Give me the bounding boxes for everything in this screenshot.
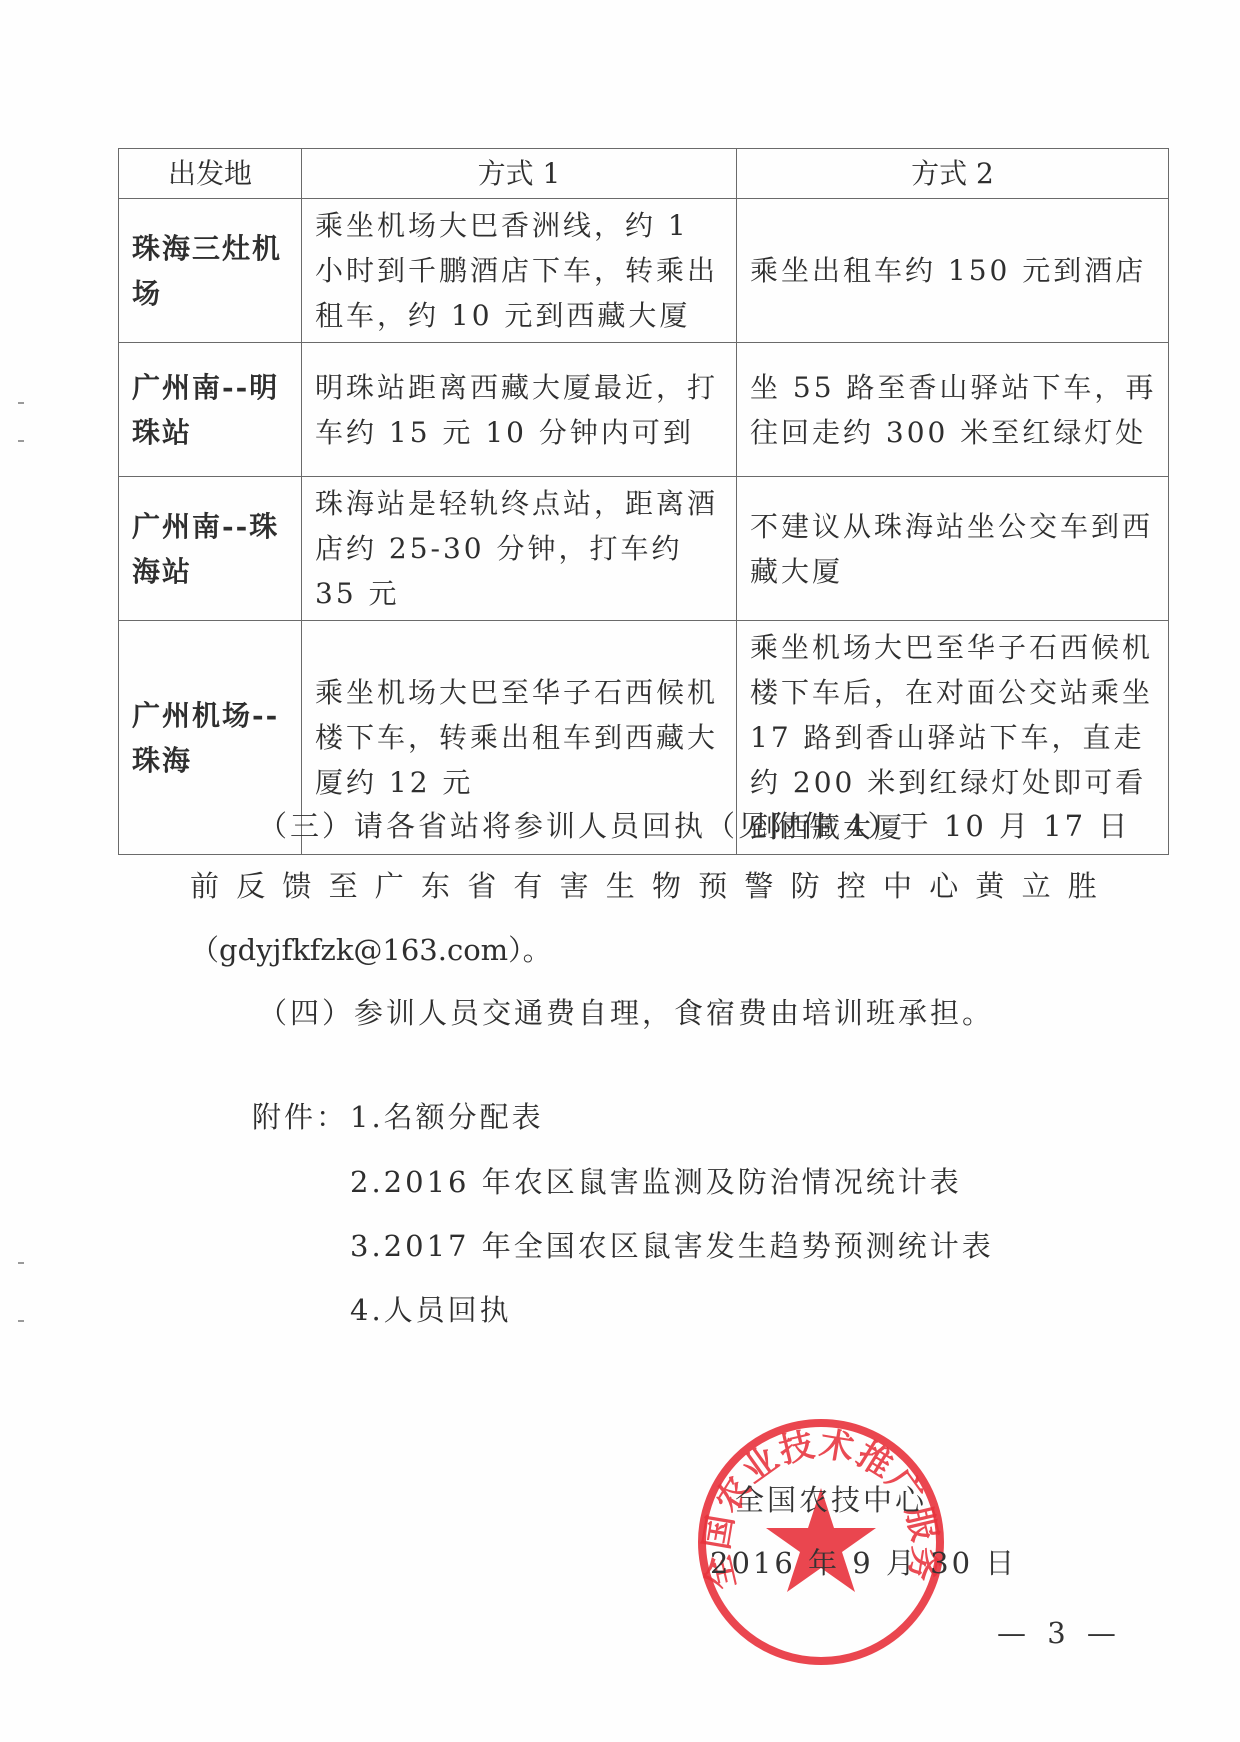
paragraph-item-4: （四）参训人员交通费自理，食宿费由培训班承担。 bbox=[258, 993, 994, 1033]
scan-mark bbox=[18, 1262, 24, 1264]
origin-cell: 广州南--明珠站 bbox=[119, 343, 302, 477]
official-seal-icon: 全国农业技术推广服务中心 bbox=[695, 1416, 947, 1668]
method-1-cell: 珠海站是轻轨终点站，距离酒店约 25-30 分钟，打车约 35 元 bbox=[302, 477, 737, 621]
table-header-row: 出发地 方式 1 方式 2 bbox=[119, 149, 1169, 199]
transport-route-table: 出发地 方式 1 方式 2 珠海三灶机场 乘坐机场大巴香洲线，约 1 小时到千鹏… bbox=[118, 148, 1169, 855]
attachments-label: 附件： bbox=[252, 1097, 348, 1137]
attachment-item: 3.2017 年全国农区鼠害发生趋势预测统计表 bbox=[350, 1226, 994, 1266]
header-method-1: 方式 1 bbox=[302, 149, 737, 199]
header-origin: 出发地 bbox=[119, 149, 302, 199]
signature-org: 全国农技中心 bbox=[735, 1480, 927, 1520]
attachment-item: 4.人员回执 bbox=[350, 1290, 512, 1330]
method-2-cell: 不建议从珠海站坐公交车到西藏大厦 bbox=[737, 477, 1169, 621]
page-number: — 3 — bbox=[997, 1613, 1122, 1653]
paragraph-item-3-email: （gdyjfkfzk@163.com）。 bbox=[190, 930, 552, 970]
origin-cell: 珠海三灶机场 bbox=[119, 199, 302, 343]
origin-cell: 广州南--珠海站 bbox=[119, 477, 302, 621]
table-row: 广州南--明珠站 明珠站距离西藏大厦最近，打车约 15 元 10 分钟内可到 坐… bbox=[119, 343, 1169, 477]
method-1-cell: 乘坐机场大巴香洲线，约 1 小时到千鹏酒店下车，转乘出租车，约 10 元到西藏大… bbox=[302, 199, 737, 343]
table-row: 广州南--珠海站 珠海站是轻轨终点站，距离酒店约 25-30 分钟，打车约 35… bbox=[119, 477, 1169, 621]
attachment-item: 2.2016 年农区鼠害监测及防治情况统计表 bbox=[350, 1162, 962, 1202]
paragraph-item-3-line-1: （三）请各省站将参训人员回执（见附件 4）于 10 月 17 日 bbox=[258, 806, 1130, 846]
method-2-cell: 乘坐出租车约 150 元到酒店 bbox=[737, 199, 1169, 343]
signature-date: 2016 年 9 月 30 日 bbox=[710, 1543, 1017, 1583]
method-1-cell: 明珠站距离西藏大厦最近，打车约 15 元 10 分钟内可到 bbox=[302, 343, 737, 477]
table-row: 珠海三灶机场 乘坐机场大巴香洲线，约 1 小时到千鹏酒店下车，转乘出租车，约 1… bbox=[119, 199, 1169, 343]
paragraph-item-3-line-2: 前反馈至广东省有害生物预警防控中心黄立胜 bbox=[190, 866, 1114, 906]
scan-mark bbox=[18, 440, 24, 442]
header-method-2: 方式 2 bbox=[737, 149, 1169, 199]
method-2-cell: 坐 55 路至香山驿站下车，再往回走约 300 米至红绿灯处 bbox=[737, 343, 1169, 477]
document-page: 出发地 方式 1 方式 2 珠海三灶机场 乘坐机场大巴香洲线，约 1 小时到千鹏… bbox=[0, 0, 1240, 1742]
attachment-item: 1.名额分配表 bbox=[350, 1097, 544, 1137]
scan-mark bbox=[18, 1320, 24, 1322]
scan-mark bbox=[18, 402, 24, 404]
